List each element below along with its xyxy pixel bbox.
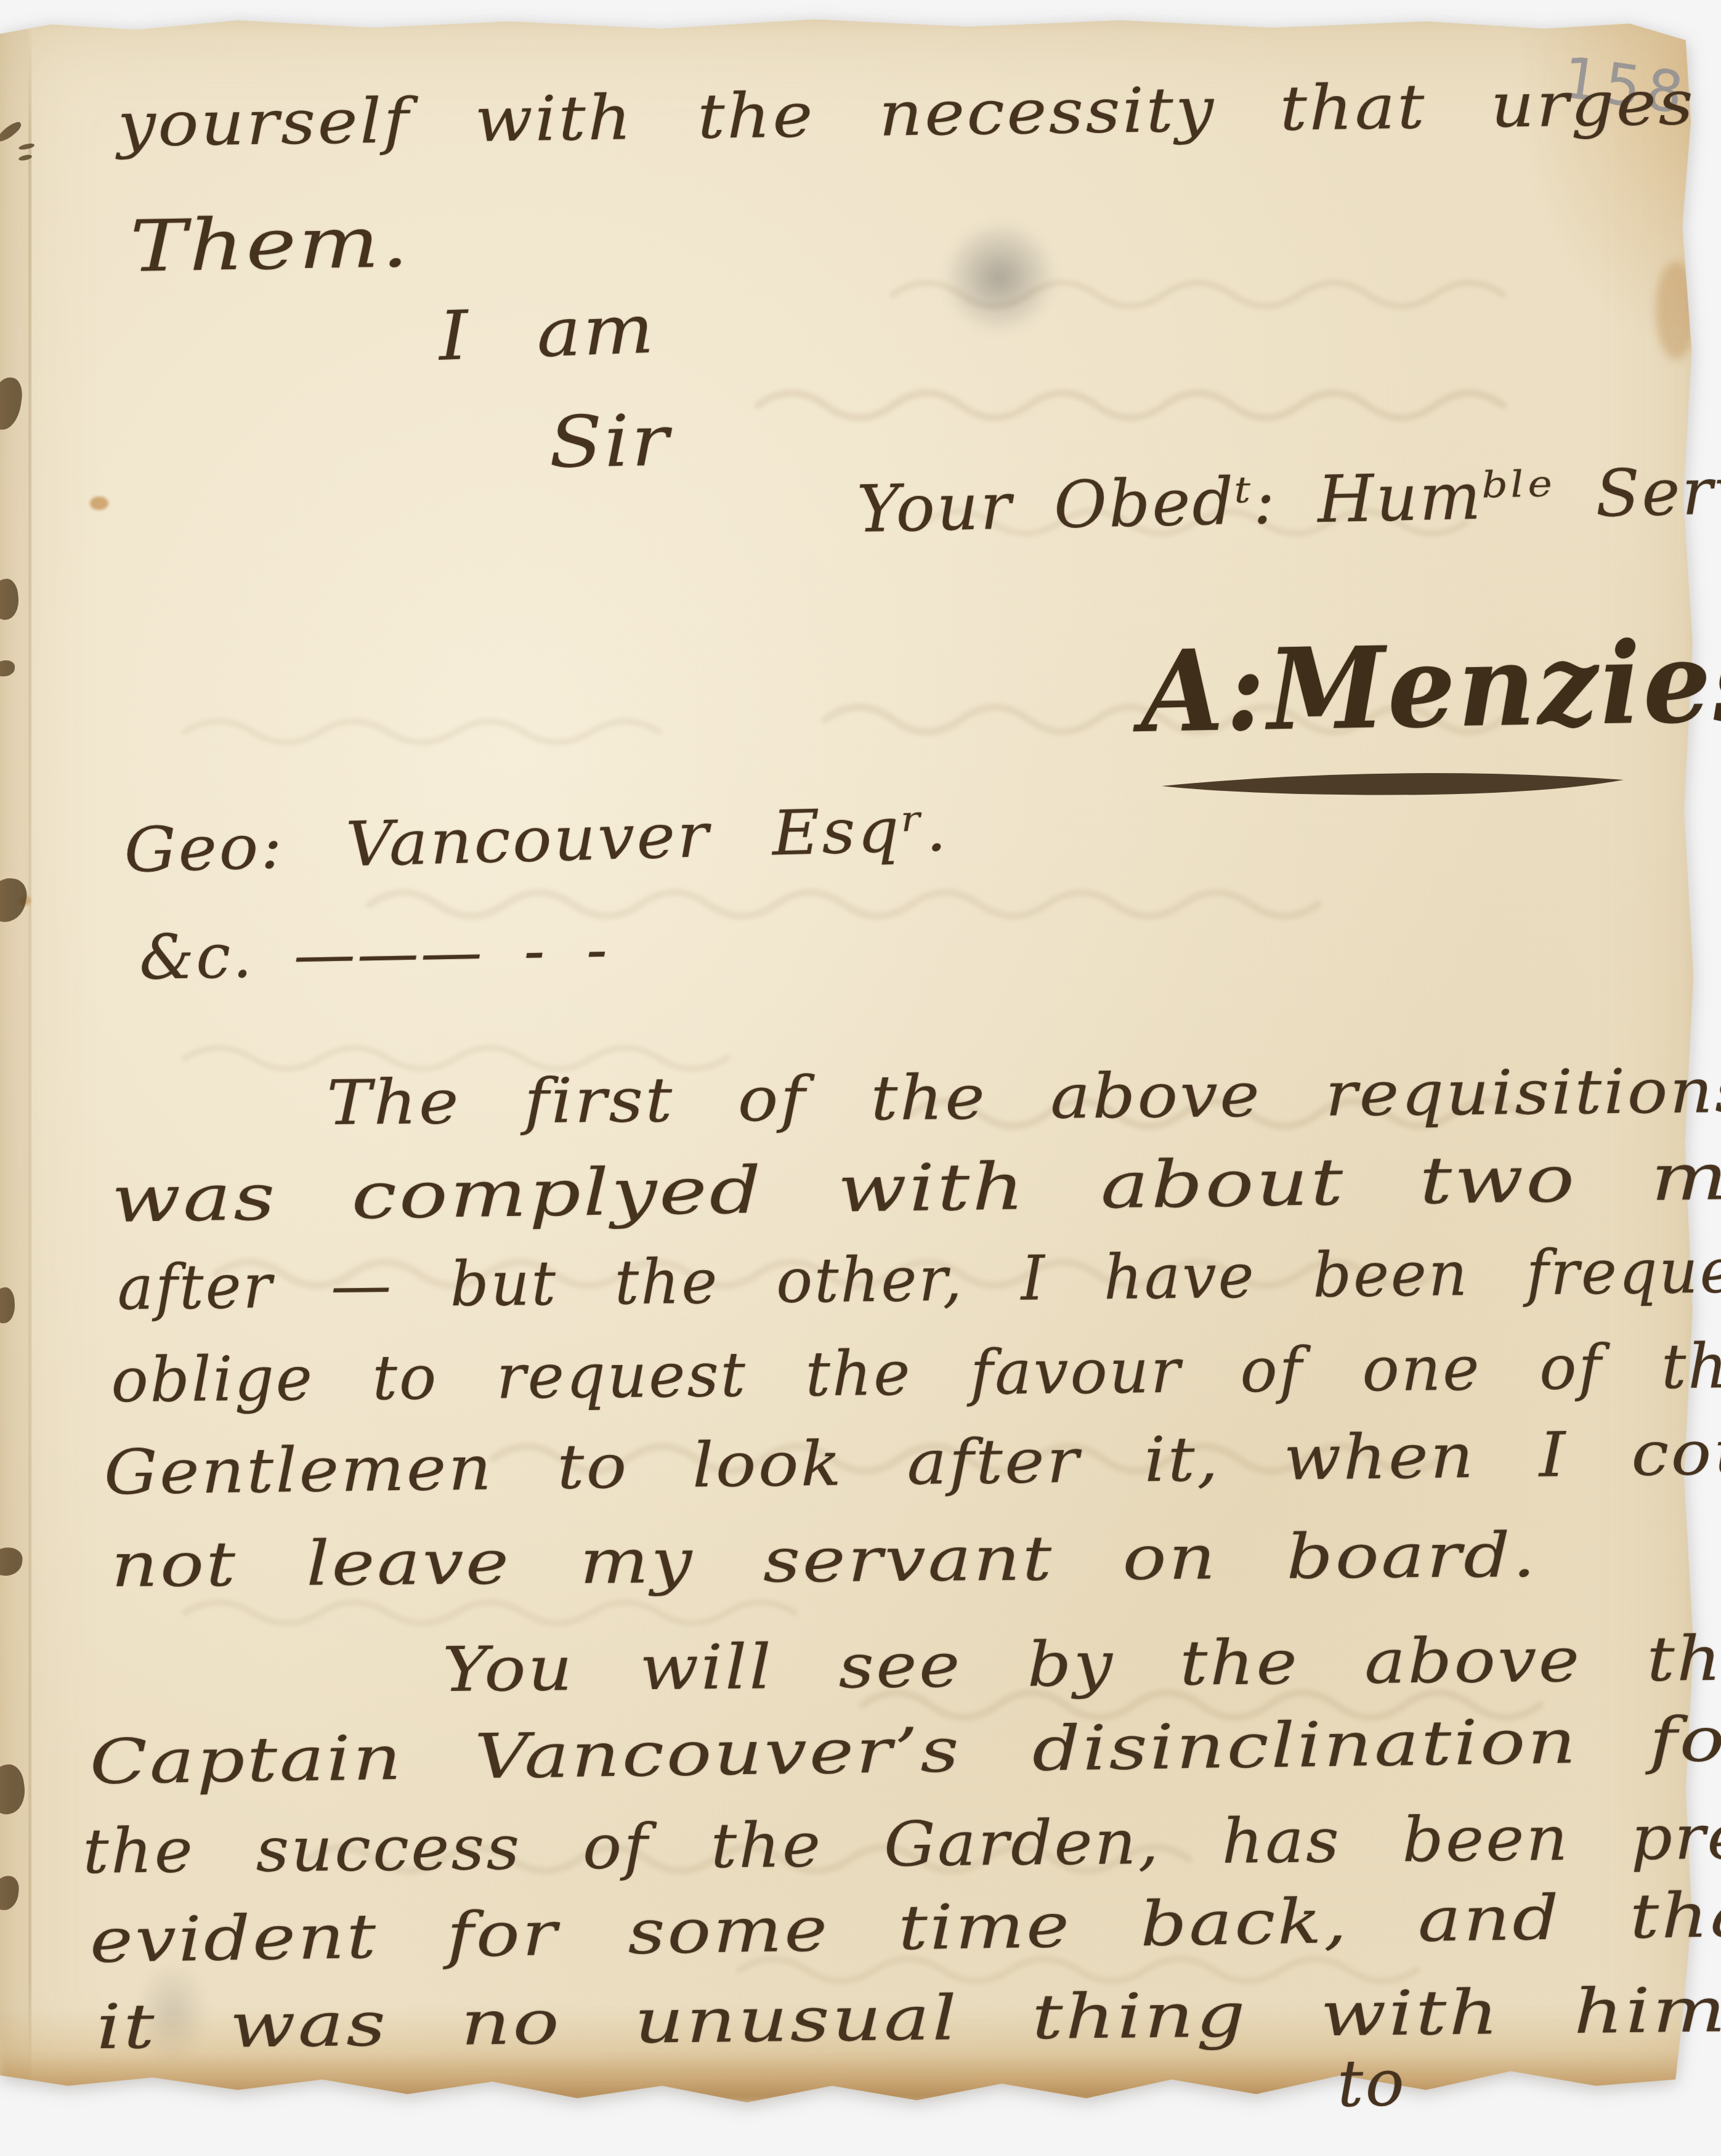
manuscript-scan: 158 yourself with the necessity that urg…: [0, 0, 1721, 2156]
foxing-spot: [90, 496, 108, 510]
ink-show-through: [0, 17, 1698, 2102]
browned-corner: [1500, 17, 1698, 375]
burned-bottom-edge: [0, 2010, 1698, 2102]
letter-page: [0, 17, 1698, 2102]
paper-shadow: [0, 0, 1721, 2156]
